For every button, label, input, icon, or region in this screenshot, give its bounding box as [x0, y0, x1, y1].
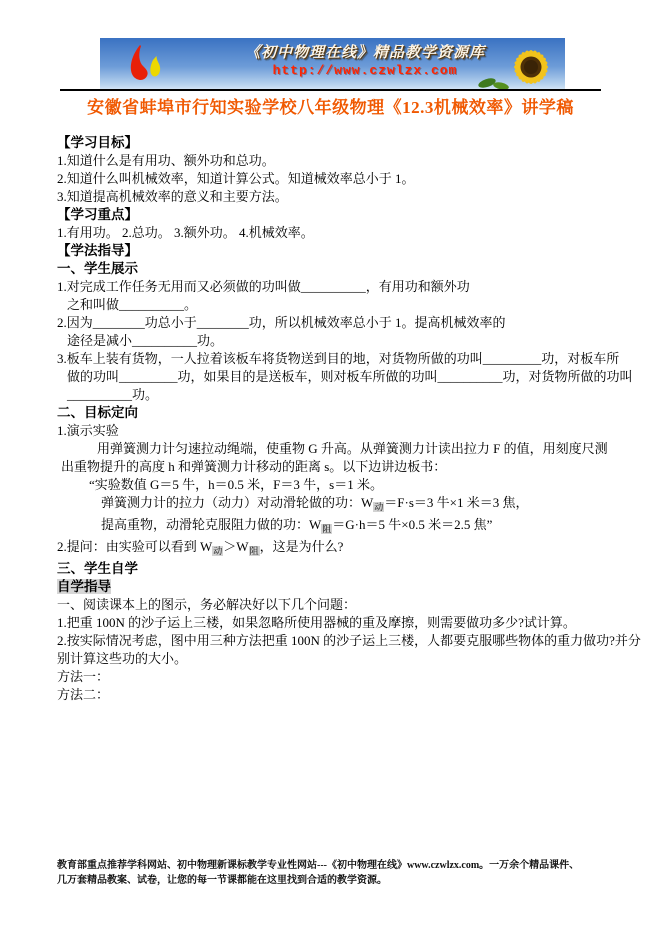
board-quote-line: “实验数值 G＝5 牛，h＝0.5 米，F＝3 牛，s＝1 米。: [57, 476, 623, 494]
section-heading-goals: 【学习目标】: [57, 134, 623, 152]
question-line: 2.提问：由实验可以看到 W动＞W阻，这是为什么?: [57, 538, 623, 560]
goal-item: 3.知道提高机械效率的意义和主要方法。: [57, 188, 623, 206]
highlighted-label: 自学指导: [57, 579, 111, 594]
selfstudy-guide-label: 自学指导: [57, 578, 623, 596]
demo-label: 1.演示实验: [57, 422, 623, 440]
document-page: 《初中物理在线》精品教学资源库 http://www.czwlzx.com: [0, 0, 661, 936]
site-title: 《初中物理在线》精品教学资源库: [230, 41, 500, 62]
goal-item: 2.知道什么叫机械效率，知道计算公式。知道械效率总小于 1。: [57, 170, 623, 188]
fill-blank-line: 途径是减小__________功。: [57, 332, 623, 350]
question-text: 2.提问：由实验可以看到 W: [57, 539, 212, 554]
site-url-link[interactable]: http://www.czwlzx.com: [230, 63, 500, 78]
document-title: 安徽省蚌埠市行知实验学校八年级物理《12.3机械效率》讲学稿: [0, 93, 661, 118]
formula-subscript: 阻: [321, 524, 332, 534]
fill-blank-line: 3.板车上装有货物，一人拉着该板车将货物送到目的地，对货物所做的功叫______…: [57, 350, 623, 368]
board-formula-useful: 提高重物，动滑轮克服阻力做的功：W阻＝G·h＝5 牛×0.5 米＝2.5 焦”: [57, 516, 623, 538]
sunflower-icon: [471, 38, 563, 90]
demo-text-line: 出重物提升的高度 h 和弹簧测力计移动的距离 s。以下边讲边板书：: [57, 458, 623, 476]
subsection-heading-selfstudy: 三、学生自学: [57, 560, 623, 578]
page-footer: 教育部重点推荐学科网站、初中物理新课标教学专业性网站---《初中物理在线》www…: [57, 858, 625, 888]
flame-logo-icon: [120, 43, 172, 87]
fill-blank-line: 做的功叫_________功，如果目的是送板车，则对板车所做的功叫_______…: [57, 368, 623, 386]
goal-item: 1.知道什么是有用功、额外功和总功。: [57, 152, 623, 170]
exercise-question-2-cont: 别计算这些功的大小。: [57, 650, 623, 668]
formula-text: 弹簧测力计的拉力（动力）对动滑轮做的功：W: [101, 495, 373, 510]
method-2-label: 方法二：: [57, 686, 623, 704]
formula-text: 提高重物，动滑轮克服阻力做的功：W: [101, 517, 321, 532]
section-heading-guidance: 【学法指导】: [57, 242, 623, 260]
section-heading-keypoints: 【学习重点】: [57, 206, 623, 224]
formula-text: ＝F·s＝3 牛×1 米＝3 焦，: [384, 495, 528, 510]
footer-line: 教育部重点推荐学科网站、初中物理新课标教学专业性网站---《初中物理在线》www…: [57, 858, 625, 873]
formula-subscript: 阻: [249, 546, 260, 556]
board-formula-total: 弹簧测力计的拉力（动力）对动滑轮做的功：W动＝F·s＝3 牛×1 米＝3 焦，: [57, 494, 623, 516]
fill-blank-line: 之和叫做__________。: [57, 296, 623, 314]
question-text: ＞W: [223, 539, 248, 554]
exercise-question-2: 2.按实际情况考虑，图中用三种方法把重 100N 的沙子运上三楼，人都要克服哪些…: [57, 632, 623, 650]
formula-subscript: 动: [212, 546, 223, 556]
formula-text: ＝G·h＝5 牛×0.5 米＝2.5 焦”: [332, 517, 492, 532]
fill-blank-line: __________功。: [57, 386, 623, 404]
demo-text-line: 用弹簧测力计匀速拉动绳端，使重物 G 升高。从弹簧测力计读出拉力 F 的值，用刻…: [57, 440, 623, 458]
reading-instruction: 一、阅读课本上的图示，务必解决好以下几个问题：: [57, 596, 623, 614]
footer-line: 几万套精品教案、试卷，让您的每一节课都能在这里找到合适的教学资源。: [57, 873, 625, 888]
method-1-label: 方法一：: [57, 668, 623, 686]
formula-subscript: 动: [373, 502, 384, 512]
fill-blank-line: 1.对完成工作任务无用而又必须做的功叫做__________，有用功和额外功: [57, 278, 623, 296]
question-text: ，这是为什么?: [260, 539, 344, 554]
subsection-heading-target: 二、目标定向: [57, 404, 623, 422]
subsection-heading-show: 一、学生展示: [57, 260, 623, 278]
banner-text-block: 《初中物理在线》精品教学资源库 http://www.czwlzx.com: [230, 41, 500, 78]
site-banner: 《初中物理在线》精品教学资源库 http://www.czwlzx.com: [100, 38, 565, 90]
exercise-question-1: 1.把重 100N 的沙子运上三楼，如果忽略所使用器械的重及摩擦，则需要做功多少…: [57, 614, 623, 632]
keypoints-line: 1.有用功。 2.总功。 3.额外功。 4.机械效率。: [57, 224, 623, 242]
document-body: 【学习目标】 1.知道什么是有用功、额外功和总功。 2.知道什么叫机械效率，知道…: [57, 134, 623, 704]
fill-blank-line: 2.因为________功总小于________功，所以机械效率总小于 1。提高…: [57, 314, 623, 332]
header-divider: [60, 89, 601, 91]
